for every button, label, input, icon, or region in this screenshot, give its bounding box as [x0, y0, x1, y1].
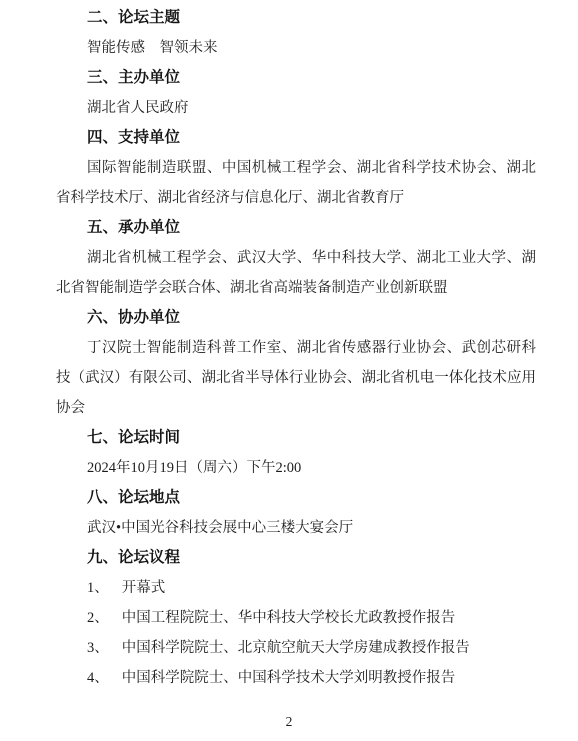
- agenda-item-number: 4、: [87, 663, 109, 693]
- paragraph: 武汉•中国光谷科技会展中心三楼大宴会厅: [56, 513, 536, 543]
- agenda-item: 1、开幕式: [56, 573, 536, 603]
- agenda-item-number: 1、: [87, 573, 109, 603]
- paragraph: 丁汉院士智能制造科普工作室、湖北省传感器行业协会、武创芯研科技（武汉）有限公司、…: [56, 333, 536, 423]
- document-page: 二、论坛主题智能传感 智领未来三、主办单位湖北省人民政府四、支持单位国际智能制造…: [0, 0, 578, 741]
- section-heading: 二、论坛主题: [56, 3, 536, 33]
- page-number: 2: [0, 712, 578, 732]
- agenda-item-text: 中国科学院院士、中国科学技术大学刘明教授作报告: [122, 670, 456, 686]
- agenda-item-text: 中国工程院院士、华中科技大学校长尤政教授作报告: [122, 610, 456, 626]
- agenda-item-number: 3、: [87, 633, 109, 663]
- section-heading: 五、承办单位: [56, 213, 536, 243]
- paragraph: 湖北省机械工程学会、武汉大学、华中科技大学、湖北工业大学、湖北省智能制造学会联合…: [56, 243, 536, 303]
- agenda-item-text: 中国科学院院士、北京航空航天大学房建成教授作报告: [122, 640, 470, 656]
- section-heading: 三、主办单位: [56, 63, 536, 93]
- section-heading: 七、论坛时间: [56, 423, 536, 453]
- agenda-item: 4、中国科学院院士、中国科学技术大学刘明教授作报告: [56, 663, 536, 693]
- section-heading: 八、论坛地点: [56, 483, 536, 513]
- section-heading: 九、论坛议程: [56, 543, 536, 573]
- agenda-item: 3、中国科学院院士、北京航空航天大学房建成教授作报告: [56, 633, 536, 663]
- paragraph: 2024年10月19日（周六）下午2:00: [56, 453, 536, 483]
- document-content: 二、论坛主题智能传感 智领未来三、主办单位湖北省人民政府四、支持单位国际智能制造…: [56, 3, 536, 693]
- paragraph: 湖北省人民政府: [56, 93, 536, 123]
- paragraph: 智能传感 智领未来: [56, 33, 536, 63]
- section-heading: 四、支持单位: [56, 123, 536, 153]
- section-heading: 六、协办单位: [56, 303, 536, 333]
- agenda-item-number: 2、: [87, 603, 109, 633]
- agenda-item-text: 开幕式: [122, 580, 166, 596]
- paragraph: 国际智能制造联盟、中国机械工程学会、湖北省科学技术协会、湖北省科学技术厅、湖北省…: [56, 153, 536, 213]
- agenda-item: 2、中国工程院院士、华中科技大学校长尤政教授作报告: [56, 603, 536, 633]
